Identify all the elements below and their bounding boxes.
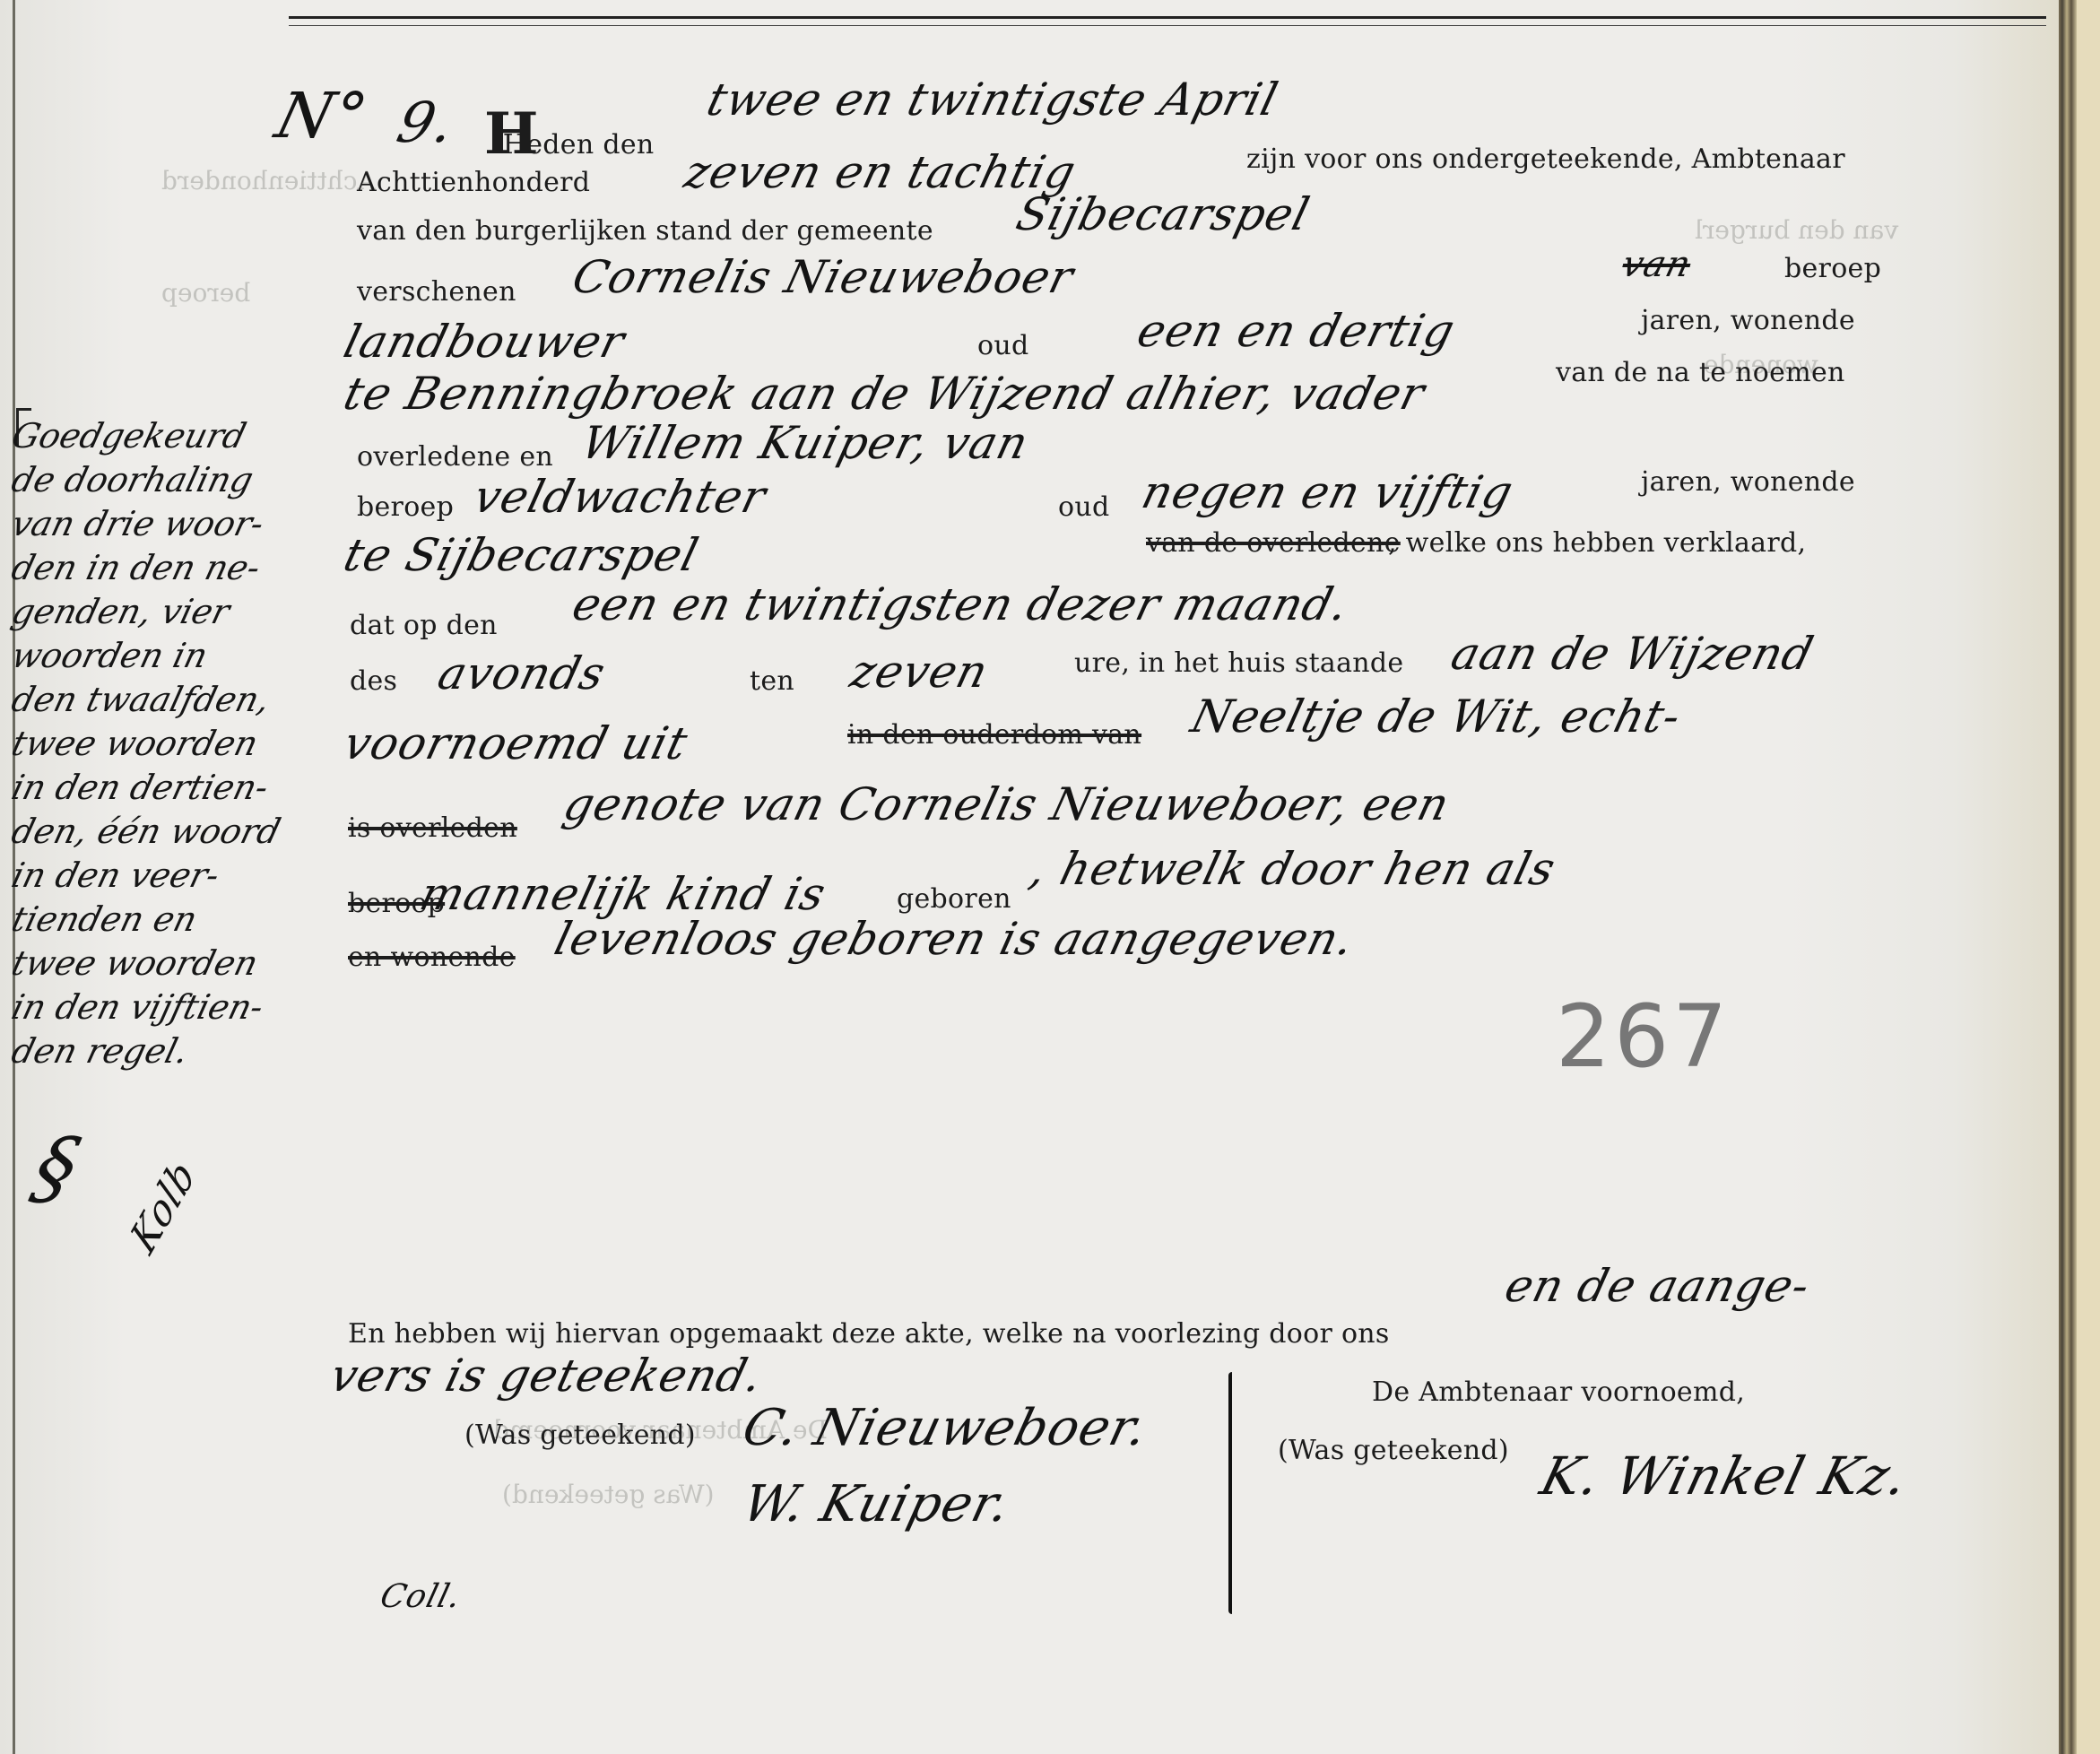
margin-line: in den vijftien- [7,986,359,1029]
handwritten-day: twee en twintigste April [702,74,1284,126]
archive-number: 267 [1556,986,1731,1087]
handwritten-voornoemd-uit: voornoemd uit [339,717,693,769]
handwritten-residence-1: te Benningbroek aan de Wijzend alhier, v… [339,368,1430,420]
handwritten-declarant-2: Willem Kuiper, van [577,417,1034,469]
printed-oud: oud [977,330,1029,361]
margin-line: den twaalfden, [7,678,359,722]
handwritten-age-1: een en dertig [1132,305,1461,357]
bleed-through-text: beroep [161,278,250,308]
margin-line: den in den ne- [7,546,359,590]
margin-line: den, één woord [7,810,359,854]
printed-beroep-2: beroep [357,491,454,523]
printed-geboren: geboren [897,883,1011,915]
handwritten-municipality: Sijbecarspel [1011,188,1315,240]
printed-welke-ons-verklaard: , welke ons hebben verklaard, [1388,527,1806,559]
handwritten-struck-van: van [1618,244,1696,285]
printed-oud-2: oud [1058,491,1110,523]
handwritten-location: aan de Wijzend [1446,628,1819,680]
signature-declarant-2: W. Kuiper. [737,1475,1017,1533]
top-rule [289,16,2046,26]
margin-line: tienden en [7,898,359,942]
bleed-through-text: (Was geteekend) [502,1480,715,1509]
margin-line: de doorhaling [7,458,359,502]
handwritten-closing-cont: vers is geteekend. [325,1350,768,1402]
handwritten-death-date: een en twintigsten dezer maand. [568,578,1354,630]
handwritten-residence-2: te Sijbecarspel [339,529,704,581]
printed-struck-en-wonende: en wonende [348,942,516,973]
handwritten-spouse-of: genote van Cornelis Nieuweboer, een [559,778,1455,830]
margin-paraph-1: § [24,1121,89,1215]
printed-overledene-en: overledene en [357,441,553,473]
printed-burgerlijke-stand: van den burgerlijken stand der gemeente [357,215,933,247]
bleed-through-text: van den burgerl [1695,215,1898,245]
next-page-edge [2077,0,2100,1754]
handwritten-age-2: negen en vijftig [1137,466,1519,518]
margin-line: twee woorden [7,722,359,766]
record-number-label: N° [269,79,376,152]
margin-line: van drie woor- [7,502,359,546]
handwritten-declared-by: , hetwelk door hen als [1025,843,1561,895]
handwritten-declarant-1: Cornelis Nieuweboer [568,251,1080,303]
printed-struck-van-de-overledene: van de overledene [1146,527,1401,559]
margin-line: twee woorden [7,942,359,986]
margin-line: genden, vier [7,590,359,634]
margin-approval-note: Goedgekeurd de doorhaling van drie woor-… [13,414,353,1073]
printed-zijn-voor-ons: zijn voor ons ondergeteekende, Ambtenaar [1246,143,1845,175]
printed-jaren-wonende: jaren, wonende [1641,305,1855,336]
printed-achttienhonderd: Achttienhonderd [357,167,590,198]
printed-na-te-noemen: van de na te noemen [1556,357,1845,388]
printed-struck-ouderdom: in den ouderdom van [847,719,1141,751]
margin-paraph-2: Kolb [123,1150,204,1263]
margin-line: woorden in [7,634,359,678]
handwritten-time-of-day: avonds [433,647,611,699]
signature-official: K. Winkel Kz. [1535,1446,1914,1507]
signature-brace [1228,1372,1237,1614]
handwritten-hour: zeven [846,646,994,698]
printed-beroep: beroep [1784,253,1881,284]
handwritten-year: zeven en tachtig [680,146,1081,198]
margin-line: in den dertien- [7,766,359,810]
document-page: Achttienhonderd van den burgerl beroep w… [0,0,2100,1754]
printed-dat-op-den: dat op den [350,610,498,641]
printed-ambtenaar-voornoemd: De Ambtenaar voornoemd, [1372,1376,1745,1408]
margin-line: in den veer- [7,854,359,898]
handwritten-stillborn: levenloos geboren is aangegeven. [550,913,1360,965]
printed-was-geteekend-right: (Was geteekend) [1278,1435,1509,1466]
printed-huis-staande: ure, in het huis staande [1074,647,1403,679]
printed-jaren-wonende-2: jaren, wonende [1641,466,1855,498]
printed-closing: En hebben wij hiervan opgemaakt deze akt… [348,1318,1390,1350]
printed-heden-den: HHeden den [484,100,655,168]
margin-line: Goedgekeurd [7,414,359,458]
printed-ten: ten [750,665,794,697]
handwritten-occupation-2: veldwachter [469,471,772,523]
bleed-through-text: Achttienhonderd [161,166,376,195]
handwritten-closing: en de aange- [1500,1260,1816,1312]
margin-line: den regel. [7,1029,359,1073]
printed-verschenen: verschenen [357,276,516,308]
book-binding [2059,0,2077,1754]
record-number: 9. [391,90,462,155]
collation-mark: Coll. [377,1578,465,1615]
printed-was-geteekend-left: (Was geteekend) [464,1420,696,1451]
handwritten-occupation-1: landbouwer [339,316,630,368]
signature-declarant-1: C. Nieuweboer. [737,1399,1154,1457]
printed-struck-is-overleden: is overleden [348,812,517,844]
handwritten-mother: Neeltje de Wit, echt- [1186,690,1687,742]
